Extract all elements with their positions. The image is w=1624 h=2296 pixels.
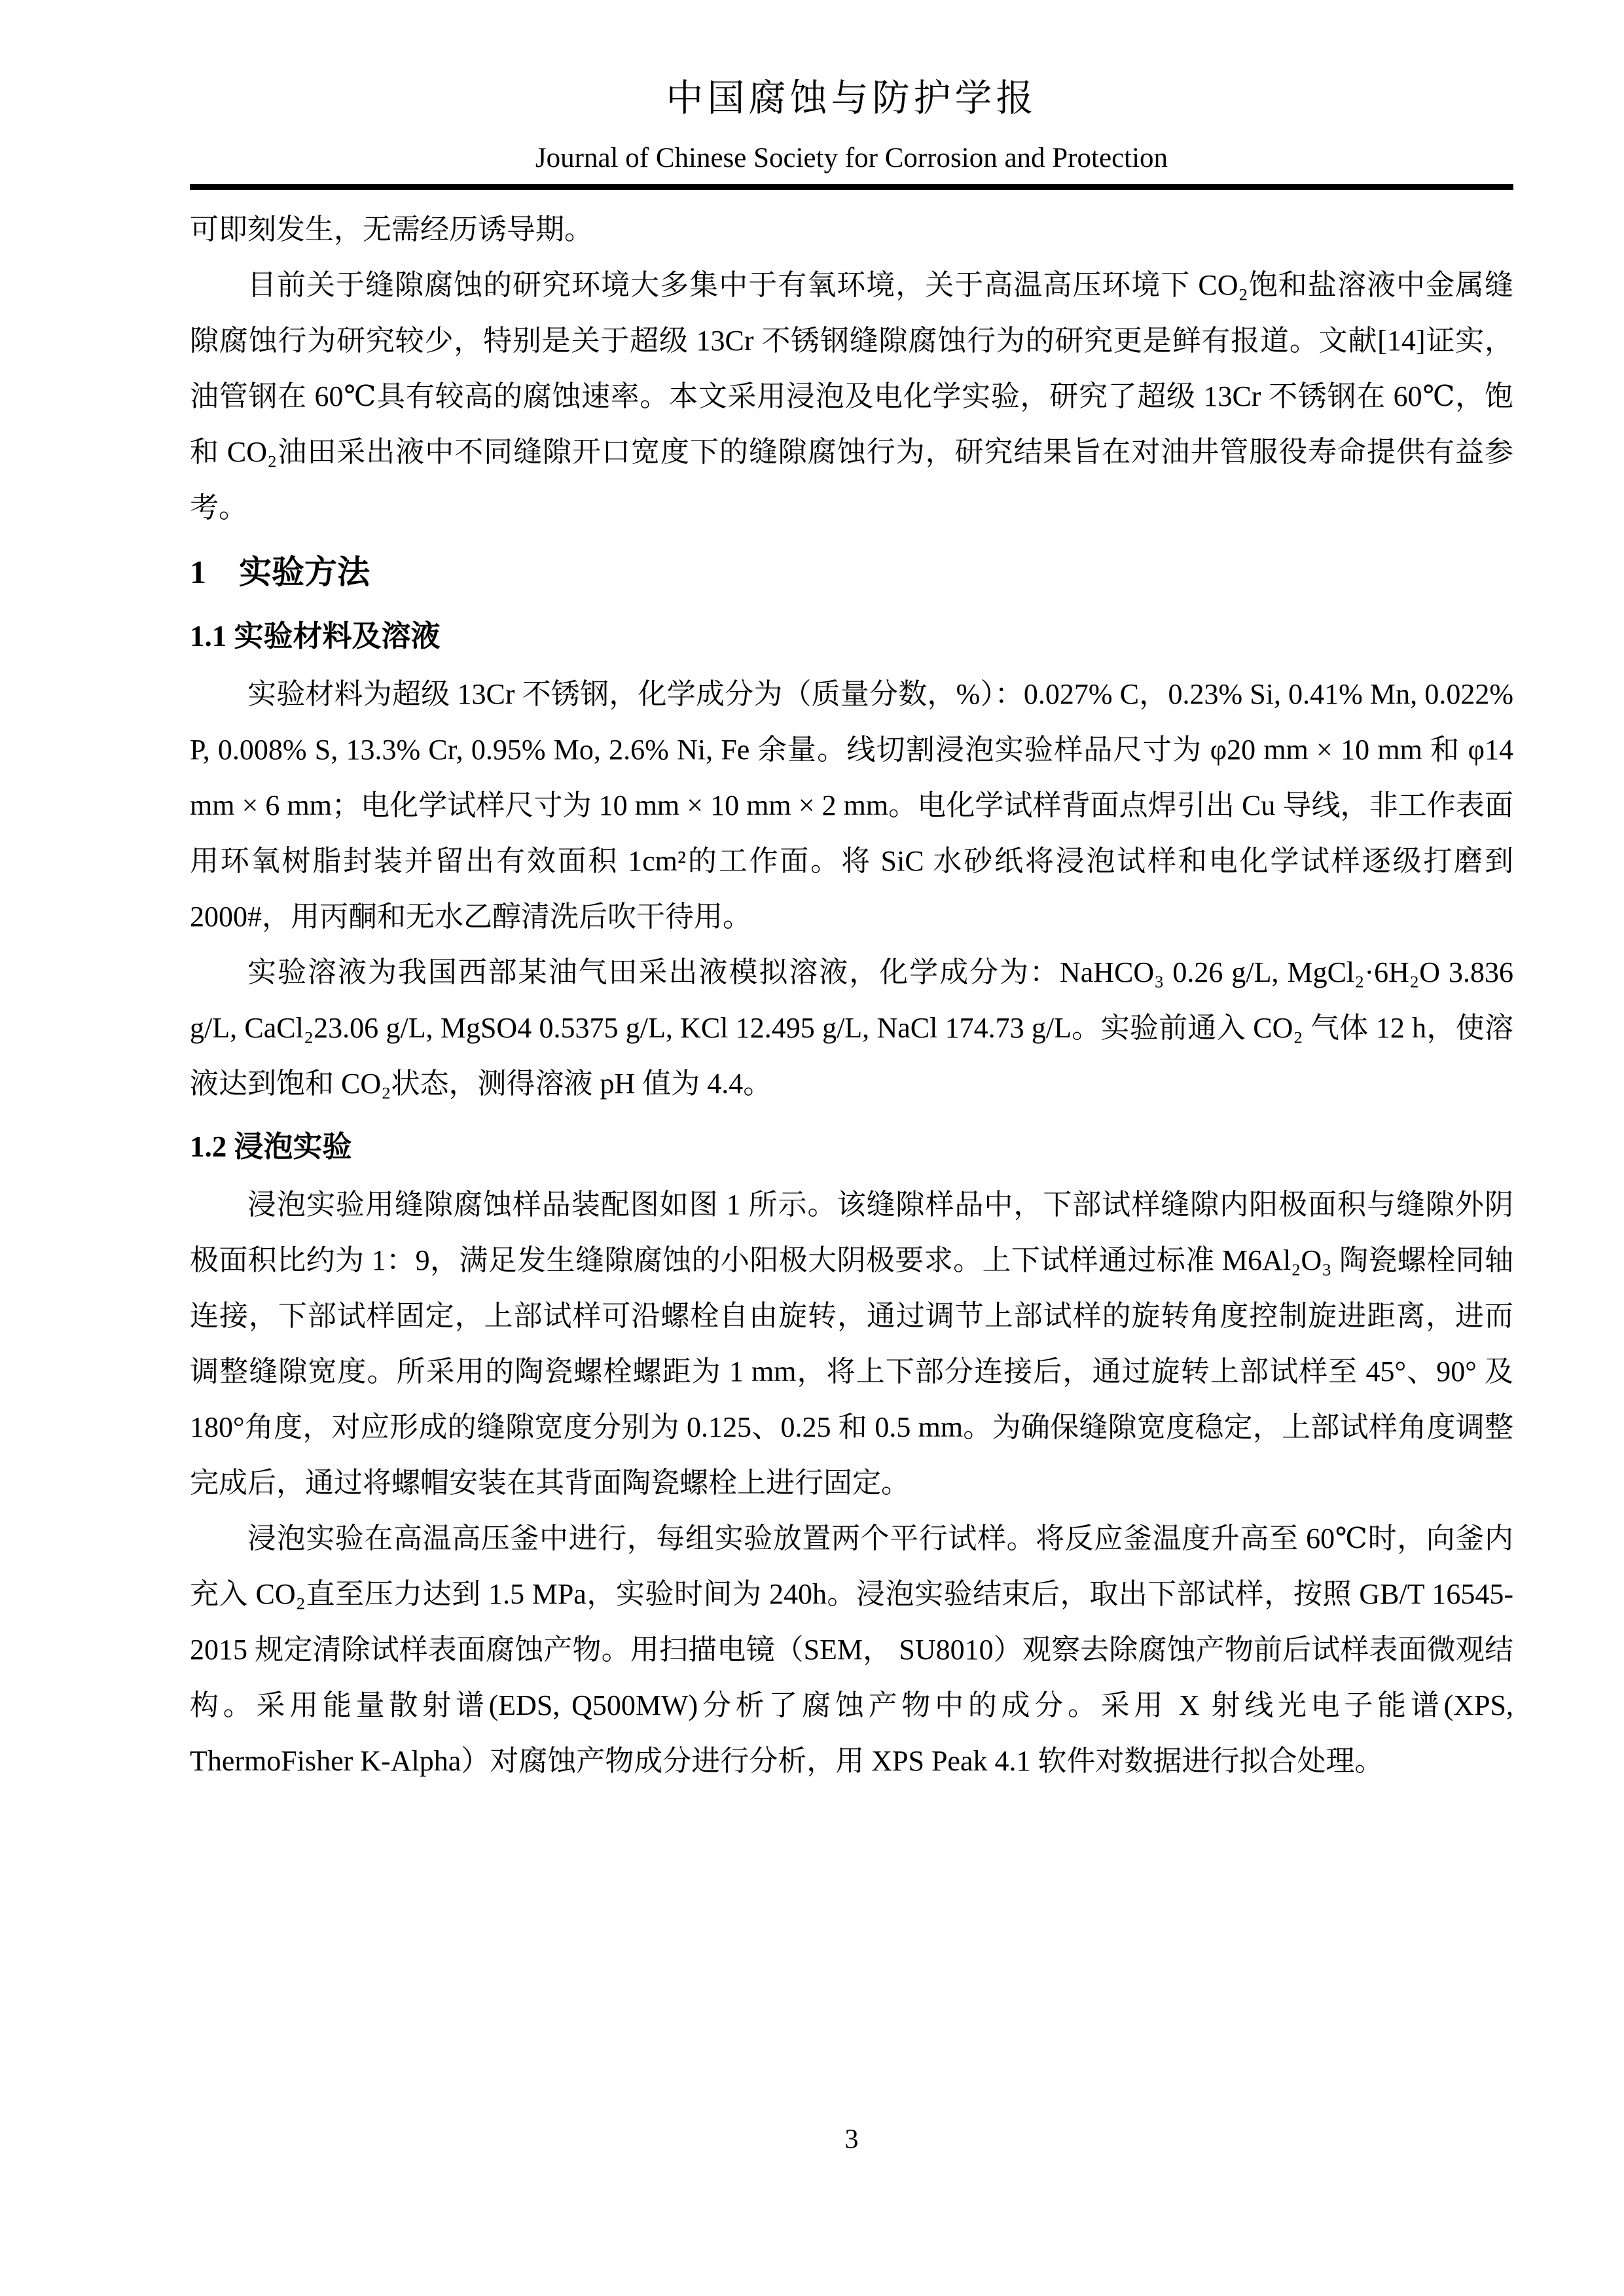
journal-title-zh: 中国腐蚀与防护学报 — [190, 77, 1513, 120]
paper-page: 中国腐蚀与防护学报 Journal of Chinese Society for… — [0, 0, 1624, 2296]
subsection-heading-materials-solution: 1.1 实验材料及溶液 — [190, 607, 1513, 665]
paragraph-immersion-procedure: 浸泡实验在高温高压釜中进行，每组实验放置两个平行试样。将反应釜温度升高至 60℃… — [190, 1511, 1513, 1789]
section-heading-experimental-method: 1 实验方法 — [190, 543, 1513, 601]
article-body: 可即刻发生，无需经历诱导期。 目前关于缝隙腐蚀的研究环境大多集中于有氧环境，关于… — [190, 202, 1513, 1789]
header-rule — [190, 184, 1513, 190]
page-number: 3 — [190, 2126, 1513, 2153]
content-area: 中国腐蚀与防护学报 Journal of Chinese Society for… — [190, 0, 1513, 1789]
paragraph-materials: 实验材料为超级 13Cr 不锈钢，化学成分为（质量分数，%）：0.027% C，… — [190, 666, 1513, 944]
paragraph-continuation: 可即刻发生，无需经历诱导期。 — [190, 202, 1513, 257]
paragraph-immersion-setup: 浸泡实验用缝隙腐蚀样品装配图如图 1 所示。该缝隙样品中，下部试样缝隙内阳极面积… — [190, 1177, 1513, 1511]
subsection-heading-immersion-test: 1.2 浸泡实验 — [190, 1118, 1513, 1175]
paragraph-solution: 实验溶液为我国西部某油气田采出液模拟溶液，化学成分为：NaHCO₃ 0.26 g… — [190, 944, 1513, 1111]
journal-title-en: Journal of Chinese Society for Corrosion… — [190, 143, 1513, 173]
paragraph-introduction: 目前关于缝隙腐蚀的研究环境大多集中于有氧环境，关于高温高压环境下 CO₂饱和盐溶… — [190, 257, 1513, 535]
